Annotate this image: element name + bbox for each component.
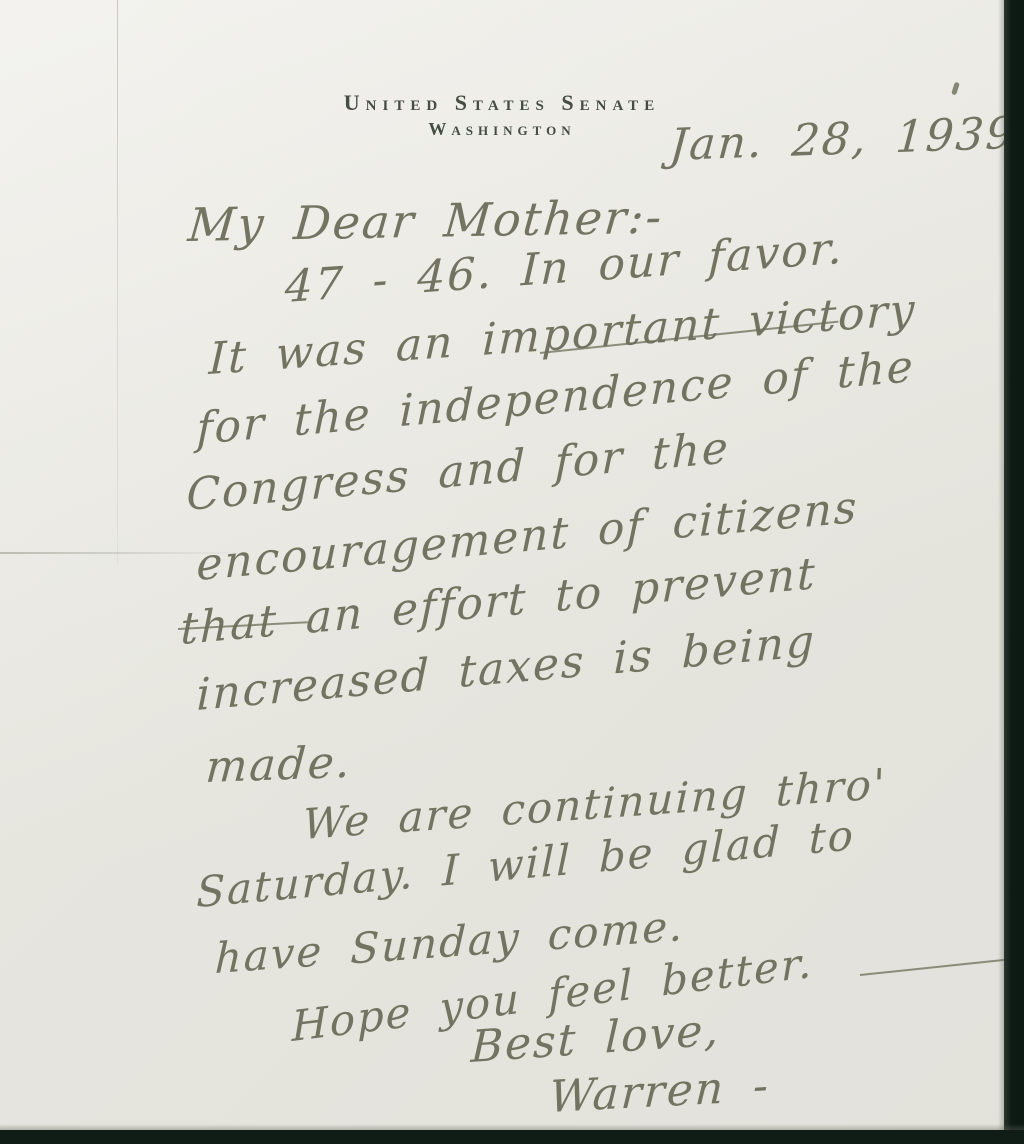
pen-cross-stroke xyxy=(860,958,1009,976)
letter-scan: United States Senate Washington Jan. 28,… xyxy=(0,0,1024,1144)
vertical-fold-crease xyxy=(117,0,118,565)
scan-edge-right xyxy=(1004,0,1024,1144)
signature: Warren - xyxy=(548,1060,771,1123)
handwritten-line: made. xyxy=(204,737,354,793)
scan-edge-bottom xyxy=(0,1130,1024,1144)
letterhead-line1: United States Senate xyxy=(0,90,1004,116)
